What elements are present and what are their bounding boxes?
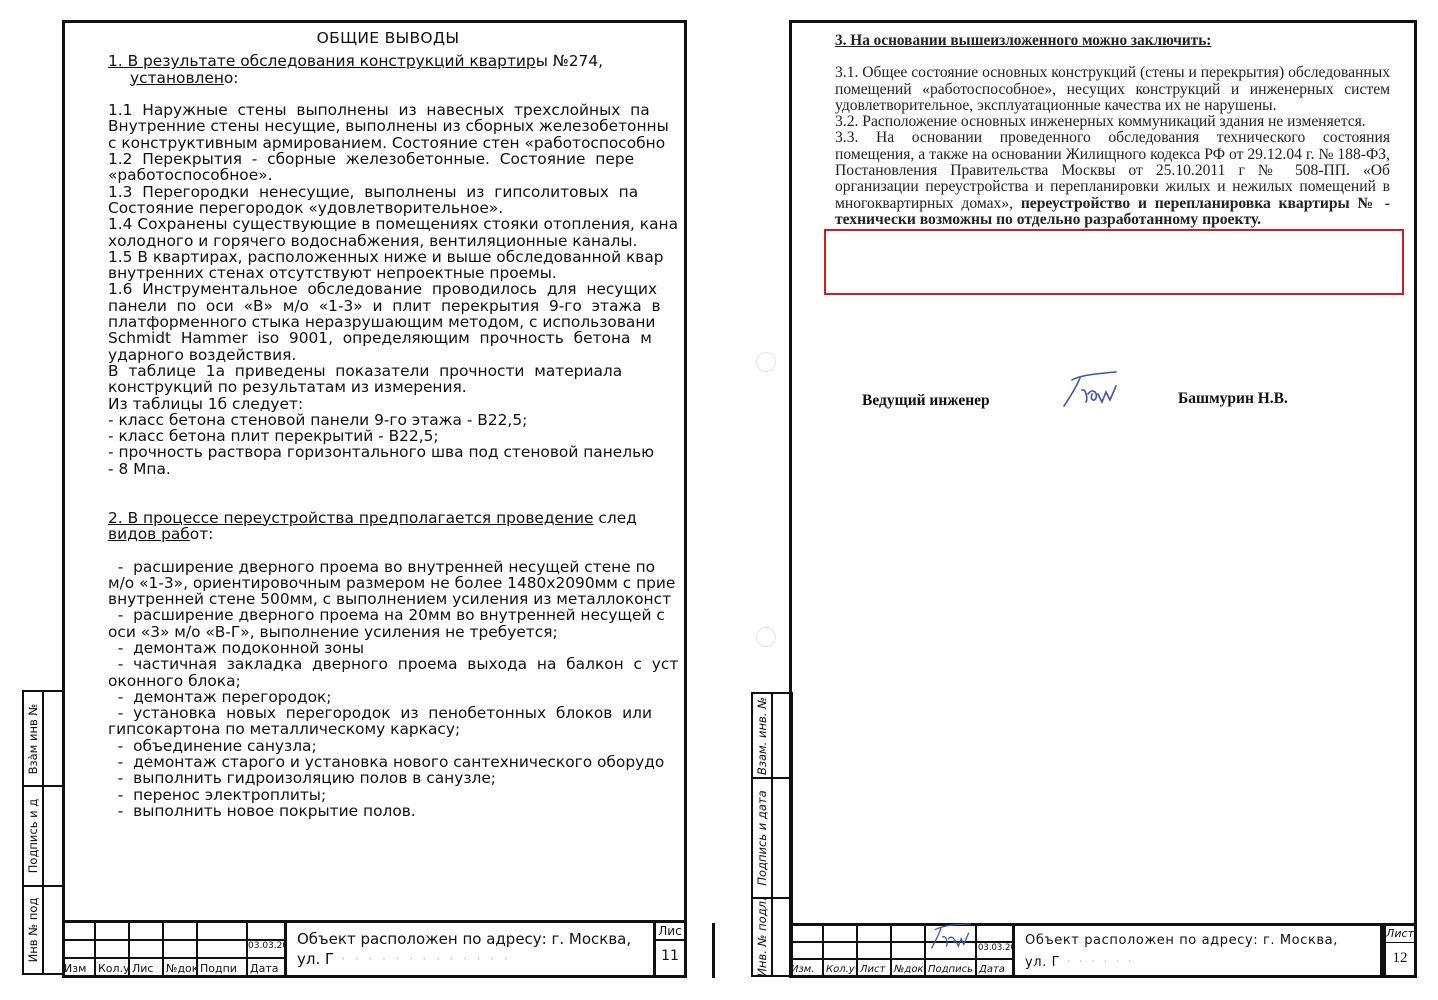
- text-line: холодного и горячего водоснабжения, вент…: [108, 233, 710, 249]
- sheet-number: 11: [656, 941, 684, 971]
- signature-name: Башмурин Н.В.: [1178, 390, 1288, 408]
- section2-heading-rest: след: [594, 509, 637, 527]
- paragraph-3-2: 3.2. Расположение основных инженерных ко…: [835, 114, 1390, 130]
- stamp-cell: [130, 923, 164, 941]
- stamp-cell: [96, 923, 130, 941]
- side-cell-replacement: Взам. инв. №: [753, 694, 791, 779]
- text-line: внутренних стенах отсутствуют непроектны…: [108, 265, 710, 281]
- stamp-cell: [892, 943, 926, 960]
- signature-role: Ведущий инженер: [862, 392, 990, 410]
- left-title-block: 03.03.20 Изм Кол.уч Лис №док Подпи Дата …: [62, 920, 687, 978]
- side-label: Вза̀м инв №: [26, 703, 40, 774]
- text-line: - класс бетона стеновой панели 9-го этаж…: [108, 412, 710, 428]
- stamp-cell: [858, 943, 892, 960]
- text-line: Schmidt Hammer iso 9001, определяющим пр…: [108, 330, 710, 346]
- text-line: м/о «1-3», ориентировочным размером не б…: [108, 575, 710, 591]
- stamp-cell: [789, 943, 824, 960]
- text-line: - частичная закладка дверного проема вых…: [108, 656, 710, 672]
- stamp-header-qty: Кол.уч: [96, 959, 130, 978]
- text-line: 1.2 Перекрытия - сборные железобетонные.…: [108, 151, 710, 167]
- stamp-date: 03.03.20: [248, 941, 287, 959]
- punch-hole: [756, 352, 776, 372]
- text-line: - прочность раствора горизонтального шва…: [108, 444, 710, 460]
- side-cell-inventory: Инв № под: [24, 887, 62, 973]
- section1-heading: 1. В результате обследования конструкций…: [108, 53, 710, 69]
- text-line: ударного воздействия.: [108, 347, 710, 363]
- text-line: 1.3 Перегородки ненесущие, выполнены из …: [108, 184, 710, 200]
- text-line: Из таблицы 1б следует:: [108, 396, 710, 412]
- stamp-cell: [248, 923, 287, 941]
- stamp-cell: [62, 941, 96, 959]
- stamp-cell: [164, 941, 198, 959]
- paragraph-3-3: 3.3. На основании проведенного обследова…: [835, 130, 1390, 228]
- right-stamp-grid: 03.03.20 Изм. Кол.уч Лист №док Подпись Д…: [789, 926, 1015, 978]
- side-label: Инв № под: [26, 898, 40, 963]
- text-line: 1.4 Сохранены существующие в помещениях …: [108, 216, 710, 232]
- signature-row: Ведущий инженер Башмурин Н.В.: [862, 388, 1322, 418]
- text-line: 1.6 Инструментальное обследование провод…: [108, 281, 710, 297]
- side-cell-signature: Подпись и д: [24, 787, 62, 887]
- text-line: 1.5 В квартирах, расположенных ниже и вы…: [108, 249, 710, 265]
- text-line: панели по оси «В» м/о «1-3» и плит перек…: [108, 298, 710, 314]
- address-line2-text: ул. Г: [297, 950, 334, 968]
- section1-heading-line2: установлено:: [108, 70, 710, 86]
- text-line: оконного блока;: [108, 673, 710, 689]
- section1-lines: 1.1 Наружные стены выполнены из навесных…: [108, 102, 710, 477]
- section1-heading-rest: ы №274,: [536, 52, 603, 70]
- stamp-cell: [789, 926, 824, 943]
- section2-heading: 2. В процессе переустройства предполагае…: [108, 510, 710, 526]
- section1-heading2-rest: о:: [224, 69, 239, 87]
- stamp-cell: [858, 926, 892, 943]
- text-line: - выполнить новое покрытие полов.: [108, 803, 710, 819]
- stamp-cell: [977, 926, 1015, 943]
- stamp-header-change: Изм: [62, 959, 96, 978]
- works-list: - расширение дверного проема во внутренн…: [108, 559, 710, 820]
- redacted-address: · · · · · ·: [1060, 955, 1134, 970]
- sheet-label: Лис: [656, 923, 684, 941]
- address-line2: ул. Г · · · · · ·: [1025, 952, 1380, 974]
- stamp-date: 03.03.20: [977, 943, 1015, 960]
- right-side-stamp-strip: Взам. инв. № Подпись и дата Инв. № подл.: [751, 692, 793, 977]
- stamp-cell: [824, 926, 858, 943]
- address-line2-text: ул. Г: [1025, 955, 1060, 970]
- section2-heading2-rest: от:: [190, 525, 214, 543]
- left-sheet-cell: Лис 11: [653, 920, 687, 978]
- sheet-number: 12: [1386, 943, 1414, 973]
- stamp-cell: [198, 941, 248, 959]
- section2-heading2-underlined: видов раб: [108, 525, 190, 543]
- stamp-cell: [926, 926, 977, 943]
- text-line: гипсокартона по металлическому каркасу;: [108, 721, 710, 737]
- text-line: - расширение дверного проема во внутренн…: [108, 559, 710, 575]
- text-line: - расширение дверного проема на 20мм во …: [108, 607, 710, 623]
- text-line: внутренней стене 500мм, с выполнением ус…: [108, 591, 710, 607]
- spacer: [108, 493, 710, 509]
- text-line: Состояние перегородок «удовлетворительно…: [108, 200, 710, 216]
- right-page-body: 3. На основании вышеизложенного можно за…: [835, 33, 1390, 228]
- stamp-header-sheet: Лист: [858, 960, 892, 978]
- left-stamp-grid: 03.03.20 Изм Кол.уч Лис №док Подпи Дата: [62, 923, 287, 978]
- text-line: - демонтаж старого и установка нового са…: [108, 754, 710, 770]
- side-label: Подпись и дата: [755, 790, 769, 885]
- signature-icon: [1058, 370, 1128, 410]
- stamp-signature-icon: [928, 920, 974, 952]
- address-line2: ул. Г · · · · · · · · · · · · ·: [297, 949, 712, 969]
- spacer: [108, 86, 710, 102]
- stamp-header-date: Дата: [248, 959, 287, 978]
- highlight-box: [824, 229, 1404, 295]
- text-line: - выполнить гидроизоляцию полов в санузл…: [108, 770, 710, 786]
- stamp-address: Объект расположен по адресу: г. Москва, …: [1015, 926, 1383, 978]
- conclusion-heading: 3. На основании вышеизложенного можно за…: [835, 33, 1390, 49]
- text-line: - перенос электроплиты;: [108, 787, 710, 803]
- stamp-address: Объект расположен по адресу: г. Москва, …: [287, 923, 715, 978]
- text-line: Внутренние стены несущие, выполнены из с…: [108, 118, 710, 134]
- left-side-stamp-strip: Вза̀м инв № Подпись и д Инв № под: [22, 690, 64, 975]
- text-line: конструкций по результатам из измерения.: [108, 379, 710, 395]
- punch-hole: [756, 627, 776, 647]
- stamp-header-signature: Подпи: [198, 959, 248, 978]
- spacer: [108, 477, 710, 493]
- section2-heading-underlined: 2. В процессе переустройства предполагае…: [108, 509, 594, 527]
- stamp-sheet-box: [715, 923, 746, 978]
- stamp-cell: [96, 941, 130, 959]
- text-line: В таблице 1а приведены показатели прочно…: [108, 363, 710, 379]
- stamp-header-change: Изм.: [789, 960, 824, 978]
- text-line: оси «3» м/о «В-Г», выполнение усиления н…: [108, 624, 710, 640]
- text-line: 1.1 Наружные стены выполнены из навесных…: [108, 102, 710, 118]
- stamp-header-sheet: Лис: [130, 959, 164, 978]
- side-cell-replacement: Вза̀м инв №: [24, 692, 62, 787]
- section1-heading-underlined: 1. В результате обследования конструкций…: [108, 52, 536, 70]
- section1-heading2-underlined: установлен: [130, 69, 224, 87]
- text-line: с конструктивным армированием. Состояние…: [108, 135, 710, 151]
- right-title-block: 03.03.20 Изм. Кол.уч Лист №док Подпись Д…: [789, 923, 1417, 978]
- stamp-cell: [824, 943, 858, 960]
- stamp-header-docno: №док: [164, 959, 198, 978]
- stamp-cell: [892, 926, 926, 943]
- side-cell-signature: Подпись и дата: [753, 779, 791, 899]
- stamp-cell: [198, 923, 248, 941]
- page-title: ОБЩИЕ ВЫВОДЫ: [108, 30, 668, 46]
- address-line1: Объект расположен по адресу: г. Москва,: [297, 929, 712, 949]
- stamp-header-date: Дата: [977, 960, 1015, 978]
- side-label: Подпись и д: [26, 799, 40, 873]
- stamp-header-signature: Подпись: [926, 960, 977, 978]
- section2-heading-line2: видов работ:: [108, 526, 710, 542]
- text-line: - 8 Мпа.: [108, 461, 710, 477]
- side-cell-inventory: Инв. № подл.: [753, 899, 791, 975]
- text-line: - класс бетона плит перекрытий - В22,5;: [108, 428, 710, 444]
- stamp-cell: [130, 941, 164, 959]
- side-label: Взам. инв. №: [755, 696, 769, 774]
- right-sheet-cell: Лист 12: [1383, 923, 1417, 978]
- text-line: - установка новых перегородок из пенобет…: [108, 705, 710, 721]
- address-line1: Объект расположен по адресу: г. Москва,: [1025, 930, 1380, 952]
- text-line: - объединение санузла;: [108, 738, 710, 754]
- sheet-label: Лист: [1386, 926, 1414, 943]
- stamp-cell: [62, 923, 96, 941]
- stamp-header-docno: №док: [892, 960, 926, 978]
- text-line: платформенного стыка неразрушающим метод…: [108, 314, 710, 330]
- paragraph-3-1: 3.1. Общее состояние основных конструкци…: [835, 65, 1390, 114]
- redacted-address: · · · · · · · · · · · · ·: [334, 950, 510, 968]
- spacer: [108, 542, 710, 558]
- text-line: «работоспособное».: [108, 167, 710, 183]
- text-line: - демонтаж перегородок;: [108, 689, 710, 705]
- text-line: - демонтаж подоконной зоны: [108, 640, 710, 656]
- stamp-header-qty: Кол.уч: [824, 960, 858, 978]
- side-label: Инв. № подл.: [755, 897, 769, 976]
- stamp-cell: [164, 923, 198, 941]
- left-page-body: ОБЩИЕ ВЫВОДЫ 1. В результате обследовани…: [108, 30, 710, 819]
